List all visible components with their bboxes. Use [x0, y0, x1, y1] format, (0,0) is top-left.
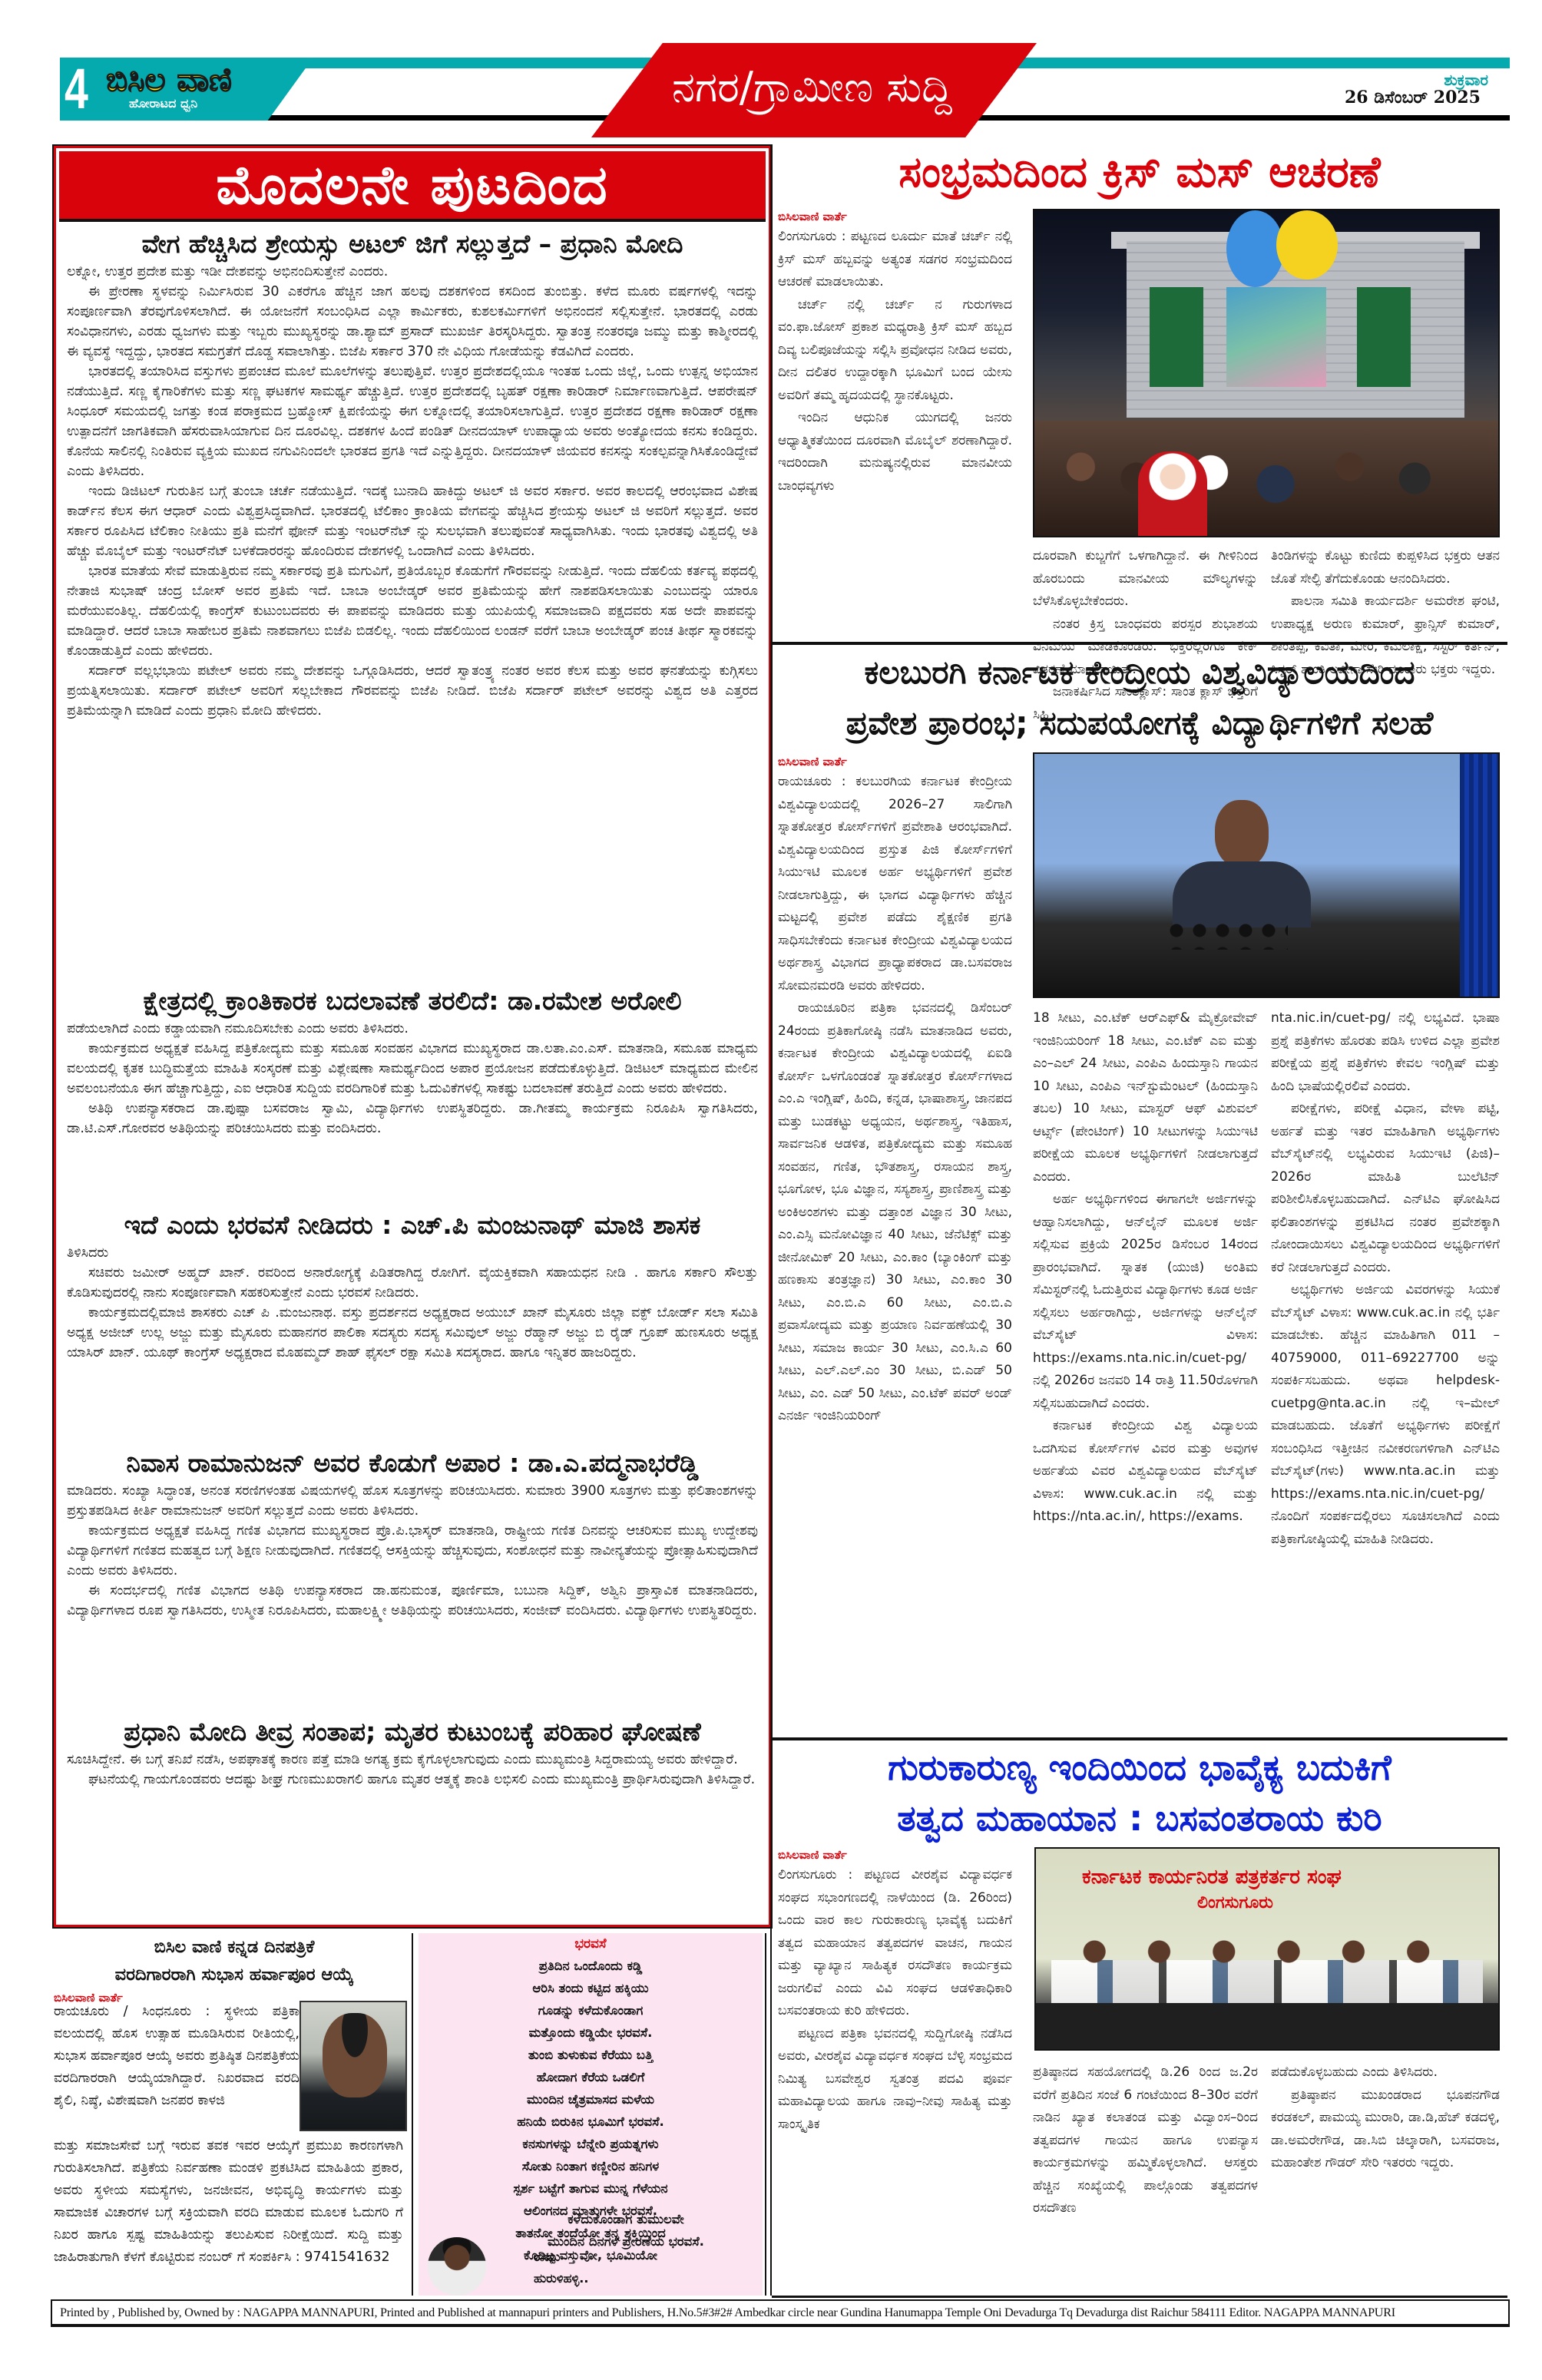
- article-body: ಸೂಚಿಸಿದ್ದೇನೆ. ಈ ಬಗ್ಗೆ ತನಿಖೆ ನಡೆಸಿ, ಅಪಘಾತ…: [67, 1750, 758, 1790]
- paragraph: ಸಚಿವರು ಜಮೀರ್ ಅಹ್ಮದ್ ಖಾನ್. ರವರಿಂದ ಅನಾರೋಗ್…: [67, 1263, 758, 1303]
- christmas-photo: [1033, 209, 1500, 537]
- poem-line: ಪ್ರತಿದಿನ ಒಂದೊಂದು ಕಡ್ಡಿ: [419, 1955, 763, 1977]
- paragraph: ಪಡೆಯಲಾಗಿದೆ ಎಂದು ಕಡ್ಡಾಯವಾಗಿ ನಮೂದಿಸಬೇಕು ಎಂ…: [67, 1019, 758, 1039]
- photo-banner-text: ಕರ್ನಾಟಕ ಕಾರ್ಯನಿರತ ಪತ್ರಕರ್ತರ ಸಂಘ: [1082, 1866, 1342, 1889]
- paragraph: ಕಾರ್ಯಕ್ರಮದ ಅಧ್ಯಕ್ಷತೆ ವಹಿಸಿದ್ದ ಪತ್ರಿಕೋದ್ಯ…: [67, 1039, 758, 1099]
- university-col-3: nta.nic.in/cuet-pg/ ನಲ್ಲಿ ಲಭ್ಯವಿದೆ. ಭಾಷಾ…: [1271, 1007, 1500, 1551]
- guru-col-2: ಪ್ರತಿಷ್ಠಾನದ ಸಹಯೋಗದಲ್ಲಿ ಡಿ.26 ರಿಂದ ಜ.2ರ ವ…: [1033, 2061, 1258, 2220]
- paragraph: ಕಾರ್ಯಕ್ರಮದ ಅಧ್ಯಕ್ಷತೆ ವಹಿಸಿದ್ದ ಗಣಿತ ವಿಭಾಗ…: [67, 1521, 758, 1581]
- paragraph: ರಾಯಚೂರಿನ ಪತ್ರಿಕಾ ಭವನದಲ್ಲಿ ಡಿಸೆಂಬರ್ 24ರಂದ…: [778, 997, 1012, 1428]
- paragraph: ಘಟನೆಯಲ್ಲಿ ಗಾಯಗೊಂಡವರು ಆದಷ್ಟು ಶೀಘ್ರ ಗುಣಮುಖ…: [67, 1770, 758, 1790]
- right-news-column: ಸಂಭ್ರಮದಿಂದ ಕ್ರಿಸ್ ಮಸ್ ಆಚರಣೆ ಬಿಸಿಲವಾಣಿ ವಾ…: [770, 146, 1507, 2296]
- article-ramanujan: ನಿವಾಸ ರಾಮಾನುಜನ್ ಅವರ ಕೊಡುಗೆ ಅಪಾರ : ಡಾ.ಎ.ಪ…: [67, 1446, 758, 1621]
- masthead-black-rule: [265, 115, 626, 121]
- poem-box: ಭರವಸೆ ಪ್ರತಿದಿನ ಒಂದೊಂದು ಕಡ್ಡಿ ಆರಿಸಿ ತಂದು …: [419, 1933, 763, 2296]
- paragraph: ಪ್ರತಿಷ್ಠಾಪನ ಮುಖಂಡರಾದ ಭೂಪನಗೌಡ ಕರಡಕಲ್, ಪಾಮ…: [1271, 2084, 1500, 2175]
- article-modi-atal: ವೇಗ ಹೆಚ್ಚಿಸಿದ ಶ್ರೇಯಸ್ಸು ಅಟಲ್ ಜಿಗೆ ಸಲ್ಲುತ…: [67, 226, 758, 721]
- poem-author-place: ಹುರುಳಿಹಳ್ಳಿ..: [534, 2268, 588, 2289]
- reporter-headline-line-2: ವರದಿಗಾರರಾಗಿ ಸುಭಾಸ ಹರ್ವಾಪೂರ ಆಯ್ಕೆ: [54, 1961, 415, 1988]
- paragraph: ಕಾರ್ಯಕ್ರಮದಲ್ಲಿಮಾಜಿ ಶಾಸಕರು ಎಚ್ ಪಿ .ಮಂಜುನಾ…: [67, 1303, 758, 1363]
- paragraph: ಈ ಪ್ರೇರಣಾ ಸ್ಥಳವನ್ನು ನಿರ್ಮಿಸಿರುವ 30 ಎಕರೆಗ…: [67, 282, 758, 362]
- paragraph: ಲಿಂಗಸುಗೂರು : ಪಟ್ಟಣದ ವೀರಶೈವ ವಿದ್ಯಾವರ್ಧಕ ಸ…: [778, 1864, 1012, 2023]
- article-body: ಮಾಡಿದರು. ಸಂಖ್ಯಾ ಸಿದ್ಧಾಂತ, ಅನಂತ ಸರಣಿಗಳಂತಹ…: [67, 1481, 758, 1621]
- section-divider: [772, 2296, 1507, 2298]
- paragraph: ಇಂದು ಡಿಜಿಟಲ್ ಗುರುತಿನ ಬಗ್ಗೆ ತುಂಬಾ ಚರ್ಚೆ ನ…: [67, 481, 758, 561]
- section-title: ನಗರ/ಗ್ರಾಮೀಣ ಸುದ್ದಿ: [672, 60, 952, 115]
- article-body: ಪಡೆಯಲಾಗಿದೆ ಎಂದು ಕಡ್ಡಾಯವಾಗಿ ನಮೂದಿಸಬೇಕು ಎಂ…: [67, 1019, 758, 1139]
- microphone-icon: [1165, 919, 1288, 950]
- poem-line: ಗೂಡನ್ನು ಕಳೆದುಕೊಂಡಾಗ: [419, 1999, 763, 2021]
- photo-banner-subtext: ಲಿಂಗಸುಗೂರು: [1197, 1893, 1273, 1912]
- paragraph: ಪಡೆದುಕೊಳ್ಳಬಹುದು ಎಂದು ತಿಳಿಸಿದರು.: [1271, 2061, 1500, 2084]
- continuation-banner-title: ಮೊದಲನೇ ಪುಟದಿಂದ: [216, 154, 608, 217]
- poem-line: ಮತ್ತೊಂದು ಕಡ್ಡಿಯೇ ಭರವಸೆ.: [419, 2021, 763, 2044]
- reporter-text-beside-photo: ರಾಯಚೂರು / ಸಿಂಧನೂರು : ಸ್ಥಳೀಯ ಪತ್ರಿಕಾ ವಲಯದ…: [54, 2001, 299, 2112]
- article-headline: ವೇಗ ಹೆಚ್ಚಿಸಿದ ಶ್ರೇಯಸ್ಸು ಅಟಲ್ ಜಿಗೆ ಸಲ್ಲುತ…: [67, 226, 758, 262]
- byline: ಬಿಸಿಲವಾಣಿ ವಾರ್ತೆ: [778, 1846, 847, 1864]
- poem-line: ತುಂಬಿ ತುಳುಕುವ ಕೆರೆಯು ಬತ್ತಿ: [419, 2044, 763, 2066]
- balloon-icon: [1276, 210, 1338, 279]
- newspaper-tagline: ಹೋರಾಟದ ಧ್ವನಿ: [129, 95, 197, 112]
- university-col-1: ರಾಯಚೂರು : ಕಲಬುರಗಿಯ ಕರ್ನಾಟಕ ಕೇಂದ್ರೀಯ ವಿಶ್…: [778, 771, 1012, 1428]
- paragraph: ಅರ್ಹ ಅಭ್ಯರ್ಥಿಗಳಿಂದ ಈಗಾಗಲೇ ಅರ್ಜಿಗಳನ್ನು ಆಹ…: [1033, 1188, 1258, 1415]
- university-press-photo: [1033, 752, 1500, 998]
- paragraph: ಲಿಂಗಸುಗೂರು : ಪಟ್ಟಣದ ಲೂರ್ದು ಮಾತೆ ಚರ್ಚ್ ನಲ…: [778, 226, 1012, 294]
- article-body: ತಿಳಿಸಿದರು ಸಚಿವರು ಜಮೀರ್ ಅಹ್ಮದ್ ಖಾನ್. ರವರಿ…: [67, 1243, 758, 1363]
- poem-line: ಆರಿಸಿ ತಂದು ಕಟ್ಟಿದ ಹಕ್ಕಿಯು: [419, 1977, 763, 1999]
- front-page-continuation-panel: ಮೊದಲನೇ ಪುಟದಿಂದ ವೇಗ ಹೆಚ್ಚಿಸಿದ ಶ್ರೇಯಸ್ಸು ಅ…: [54, 146, 771, 1927]
- page-number: 4: [65, 58, 87, 120]
- article-body: ಲಕ್ನೋ, ಉತ್ತರ ಪ್ರದೇಶ ಮತ್ತು ಇಡೀ ದೇಶವನ್ನು ಅ…: [67, 262, 758, 721]
- guru-event-photo: ಕರ್ನಾಟಕ ಕಾರ್ಯನಿರತ ಪತ್ರಕರ್ತರ ಸಂಘ ಲಿಂಗಸುಗೂ…: [1034, 1847, 1500, 2051]
- paragraph: ಅತಿಥಿ ಉಪನ್ಯಾಸಕರಾದ ಡಾ.ಪುಷ್ಪಾ ಬಸವರಾಜ ಸ್ವಾಮ…: [67, 1099, 758, 1139]
- masthead: 4 ಬಿಸಿಲ ವಾಣಿ ಹೋರಾಟದ ಧ್ವನಿ ನಗರ/ಗ್ರಾಮೀಣ ಸು…: [0, 0, 1542, 146]
- guru-headline-line-2: ತತ್ವದ ಮಹಾಯಾನ : ಬಸವಂತರಾಯ ಕುರಿ: [779, 1793, 1500, 1843]
- paragraph: ರಾಯಚೂರು : ಕಲಬುರಗಿಯ ಕರ್ನಾಟಕ ಕೇಂದ್ರೀಯ ವಿಶ್…: [778, 771, 1012, 997]
- guru-col-3: ಪಡೆದುಕೊಳ್ಳಬಹುದು ಎಂದು ತಿಳಿಸಿದರು. ಪ್ರತಿಷ್ಠ…: [1271, 2061, 1500, 2175]
- poem-author-name: ರಾಮು: [534, 2246, 588, 2268]
- paragraph: nta.nic.in/cuet-pg/ ನಲ್ಲಿ ಲಭ್ಯವಿದೆ. ಭಾಷಾ…: [1271, 1007, 1500, 1098]
- paragraph: 18 ಸೀಟು, ಎಂ.ಟೆಕ್ ಆರ್‌ಎಫ್& ಮೈಕ್ರೋವೇವ್ ಇಂಜ…: [1033, 1007, 1258, 1188]
- reporter-text-full: ಮತ್ತು ಸಮಾಜಸೇವೆ ಬಗ್ಗೆ ಇರುವ ತವಕ ಇವರ ಆಯ್ಕೆಗ…: [54, 2135, 403, 2269]
- paragraph: ಇಂದಿನ ಆಧುನಿಕ ಯುಗದಲ್ಲಿ ಜನರು ಆಧ್ಯಾತ್ಮಿಕತೆಯ…: [778, 407, 1012, 497]
- paragraph: ಪಟ್ಟಣದ ಪತ್ರಿಕಾ ಭವನದಲ್ಲಿ ಸುದ್ದಿಗೋಷ್ಠಿ ನಡೆ…: [778, 2023, 1012, 2137]
- paragraph: ಸರ್ದಾರ್ ವಲ್ಲಭಭಾಯಿ ಪಟೇಲ್ ಅವರು ನಮ್ಮ ದೇಶವನ್…: [67, 661, 758, 721]
- poem-line: ಹನಿಯೆ ಬಿರುಕಿನ ಭೂಮಿಗೆ ಭರವಸೆ.: [419, 2111, 763, 2133]
- section-divider: [772, 642, 1507, 645]
- paragraph: ಕರ್ನಾಟಕ ಕೇಂದ್ರೀಯ ವಿಶ್ವ ವಿದ್ಯಾಲಯ ಒದಗಿಸುವ …: [1033, 1415, 1258, 1529]
- university-col-2: 18 ಸೀಟು, ಎಂ.ಟೆಕ್ ಆರ್‌ಎಫ್& ಮೈಕ್ರೋವೇವ್ ಇಂಜ…: [1033, 1007, 1258, 1529]
- christmas-col-1: ಲಿಂಗಸುಗೂರು : ಪಟ್ಟಣದ ಲೂರ್ದು ಮಾತೆ ಚರ್ಚ್ ನಲ…: [778, 226, 1012, 497]
- paragraph: ದೂರವಾಗಿ ಕುಬ್ಜಗೆಗೆ ಒಳಗಾಗಿದ್ದಾನೆ. ಈ ಗೀಳಿನಿ…: [1033, 545, 1258, 613]
- reporter-photo: [299, 2001, 407, 2131]
- santa-figure: [1138, 451, 1207, 536]
- poet-avatar: [428, 2237, 486, 2296]
- paragraph: ತಿಂಡಿಗಳನ್ನು ಕೊಟ್ಟು ಕುಣಿದು ಕುಪ್ಪಳಿಸಿದ ಭಕ್…: [1271, 545, 1500, 590]
- paragraph: ಭಾರತ ಮಾತೆಯ ಸೇವೆ ಮಾಡುತ್ತಿರುವ ನಮ್ಮ ಸರ್ಕಾರವ…: [67, 561, 758, 661]
- poem-line: ಕನಸುಗಳನ್ನು ಬೆನ್ನೇರಿ ಪ್ರಯತ್ನಗಳು: [419, 2133, 763, 2155]
- reporter-appointment-article: ಬಿಸಿಲ ವಾಣಿ ಕನ್ನಡ ದಿನಪತ್ರಿಕೆ ವರದಿಗಾರರಾಗಿ …: [54, 1933, 415, 2294]
- paragraph: ಮಾಡಿದರು. ಸಂಖ್ಯಾ ಸಿದ್ಧಾಂತ, ಅನಂತ ಸರಣಿಗಳಂತಹ…: [67, 1481, 758, 1521]
- reporter-headline-line-1: ಬಿಸಿಲ ವಾಣಿ ಕನ್ನಡ ದಿನಪತ್ರಿಕೆ: [54, 1933, 415, 1961]
- christmas-headline: ಸಂಭ್ರಮದಿಂದ ಕ್ರಿಸ್ ಮಸ್ ಆಚರಣೆ: [779, 146, 1500, 200]
- paragraph: ಈ ಸಂದರ್ಭದಲ್ಲಿ ಗಣಿತ ವಿಭಾಗದ ಅತಿಥಿ ಉಪನ್ಯಾಸಕ…: [67, 1581, 758, 1621]
- university-headline-line-1: ಕಲಬುರಗಿ ಕರ್ನಾಟಕ ಕೇಂದ್ರೀಯ ವಿಶ್ವವಿದ್ಯಾಲಯದಿ…: [779, 648, 1500, 697]
- paragraph: ತಿಳಿಸಿದರು: [67, 1243, 758, 1263]
- issue-date: 26 ಡಿಸೆಂಬರ್ 2025: [1345, 88, 1481, 107]
- poem-line: ಸ್ಪರ್ಶ ಬಟ್ಟೆಗೆ ತಾಗುವ ಮುನ್ನ ಗೆಳೆಯನ: [419, 2177, 763, 2200]
- article-headline: ಕ್ಷೇತ್ರದಲ್ಲಿ ಕ್ರಾಂತಿಕಾರಕ ಬದಲಾವಣೆ ತರಲಿದೆ:…: [67, 983, 758, 1019]
- column-divider: [765, 1933, 766, 2296]
- poem-title: ಭರವಸೆ: [419, 1933, 763, 1952]
- poem-line: ಮುಂದಿನ ಚೈತ್ರಮಾಸದ ಮಳೆಯ: [419, 2088, 763, 2111]
- paragraph: ಸೂಚಿಸಿದ್ದೇನೆ. ಈ ಬಗ್ಗೆ ತನಿಖೆ ನಡೆಸಿ, ಅಪಘಾತ…: [67, 1750, 758, 1770]
- article-headline: ನಿವಾಸ ರಾಮಾನುಜನ್ ಅವರ ಕೊಡುಗೆ ಅಪಾರ : ಡಾ.ಎ.ಪ…: [67, 1446, 758, 1481]
- continuation-banner: ಮೊದಲನೇ ಪುಟದಿಂದ: [59, 151, 766, 222]
- byline: ಬಿಸಿಲವಾಣಿ ವಾರ್ತೆ: [778, 752, 847, 771]
- imprint-text: Printed by , Published by, Owned by : NA…: [60, 2306, 1395, 2320]
- issue-day: ಶುಕ್ರವಾರ: [1335, 71, 1488, 89]
- paragraph: ಚರ್ಚ್ ನಲ್ಲಿ ಚರ್ಚ್ ನ ಗುರುಗಳಾದ ವಂ.ಫಾ.ಜೋಸ್ …: [778, 294, 1012, 408]
- article-headline: ಪ್ರಧಾನಿ ಮೋದಿ ತೀವ್ರ ಸಂತಾಪ; ಮೃತರ ಕುಟುಂಬಕ್ಕ…: [67, 1714, 758, 1750]
- paragraph: ಪ್ರತಿಷ್ಠಾನದ ಸಹಯೋಗದಲ್ಲಿ ಡಿ.26 ರಿಂದ ಜ.2ರ ವ…: [1033, 2061, 1258, 2220]
- guru-col-1: ಲಿಂಗಸುಗೂರು : ಪಟ್ಟಣದ ವೀರಶೈವ ವಿದ್ಯಾವರ್ಧಕ ಸ…: [778, 1864, 1012, 2136]
- paragraph: ಭಾರತದಲ್ಲಿ ತಯಾರಿಸಿದ ವಸ್ತುಗಳು ಪ್ರಪಂಚದ ಮೂಲೆ…: [67, 362, 758, 481]
- article-modi-condolence: ಪ್ರಧಾನಿ ಮೋದಿ ತೀವ್ರ ಸಂತಾಪ; ಮೃತರ ಕುಟುಂಬಕ್ಕ…: [67, 1714, 758, 1790]
- poem-author: ರಾಮು ಹುರುಳಿಹಳ್ಳಿ..: [534, 2246, 588, 2289]
- paragraph: ಅಭ್ಯರ್ಥಿಗಳು ಅರ್ಜಿಯ ವಿವರಗಳನ್ನು ಸಿಯುಕೆ ವೆಬ…: [1271, 1279, 1500, 1551]
- article-manjunath: ಇದೆ ಎಂದು ಭರವಸೆ ನೀಡಿದರು : ಎಚ್.ಪಿ ಮಂಜುನಾಥ್…: [67, 1208, 758, 1363]
- masthead-teal-rule: [253, 58, 683, 68]
- poem-line: ಸೋತು ನಿಂತಾಗ ಕಣ್ಣೀರಿನ ಹನಿಗಳ: [419, 2155, 763, 2177]
- university-headline-line-2: ಪ್ರವೇಶ ಪ್ರಾರಂಭ; ಸದುಪಯೋಗಕ್ಕೆ ವಿದ್ಯಾರ್ಥಿಗಳ…: [779, 699, 1500, 748]
- section-divider: [772, 1737, 1507, 1740]
- christmas-article: ಬಿಸಿಲವಾಣಿ ವಾರ್ತೆ: [778, 207, 1012, 226]
- guru-headline-line-1: ಗುರುಕಾರುಣ್ಯ ಇಂದಿಯಿಂದ ಭಾವೈಕ್ಯ ಬದುಕಿಗೆ: [779, 1743, 1500, 1792]
- newspaper-logo: ಬಿಸಿಲ ವಾಣಿ: [106, 61, 232, 98]
- poem-line: ಹೋದಾಗ ಕೆರೆಯ ಒಡಲಿಗೆ: [419, 2066, 763, 2088]
- column-divider: [412, 1933, 413, 2296]
- poem-line: ಕಳೆದುಕೊಂಡಾಗ ತುಮುಲವೇ: [495, 2208, 756, 2230]
- byline: ಬಿಸಿಲವಾಣಿ ವಾರ್ತೆ: [778, 207, 1012, 226]
- paragraph: ಲಕ್ನೋ, ಉತ್ತರ ಪ್ರದೇಶ ಮತ್ತು ಇಡೀ ದೇಶವನ್ನು ಅ…: [67, 262, 758, 282]
- paragraph: ಪರೀಕ್ಷೆಗಳು, ಪರೀಕ್ಷೆ ವಿಧಾನ, ವೇಳಾ ಪಟ್ಟಿ, ಅ…: [1271, 1098, 1500, 1279]
- imprint-footer: Printed by , Published by, Owned by : NA…: [51, 2299, 1510, 2327]
- article-headline: ಇದೆ ಎಂದು ಭರವಸೆ ನೀಡಿದರು : ಎಚ್.ಪಿ ಮಂಜುನಾಥ್…: [67, 1208, 758, 1243]
- balloon-icon: [1226, 210, 1284, 287]
- article-ramesh-aroli: ಕ್ಷೇತ್ರದಲ್ಲಿ ಕ್ರಾಂತಿಕಾರಕ ಬದಲಾವಣೆ ತರಲಿದೆ:…: [67, 983, 758, 1139]
